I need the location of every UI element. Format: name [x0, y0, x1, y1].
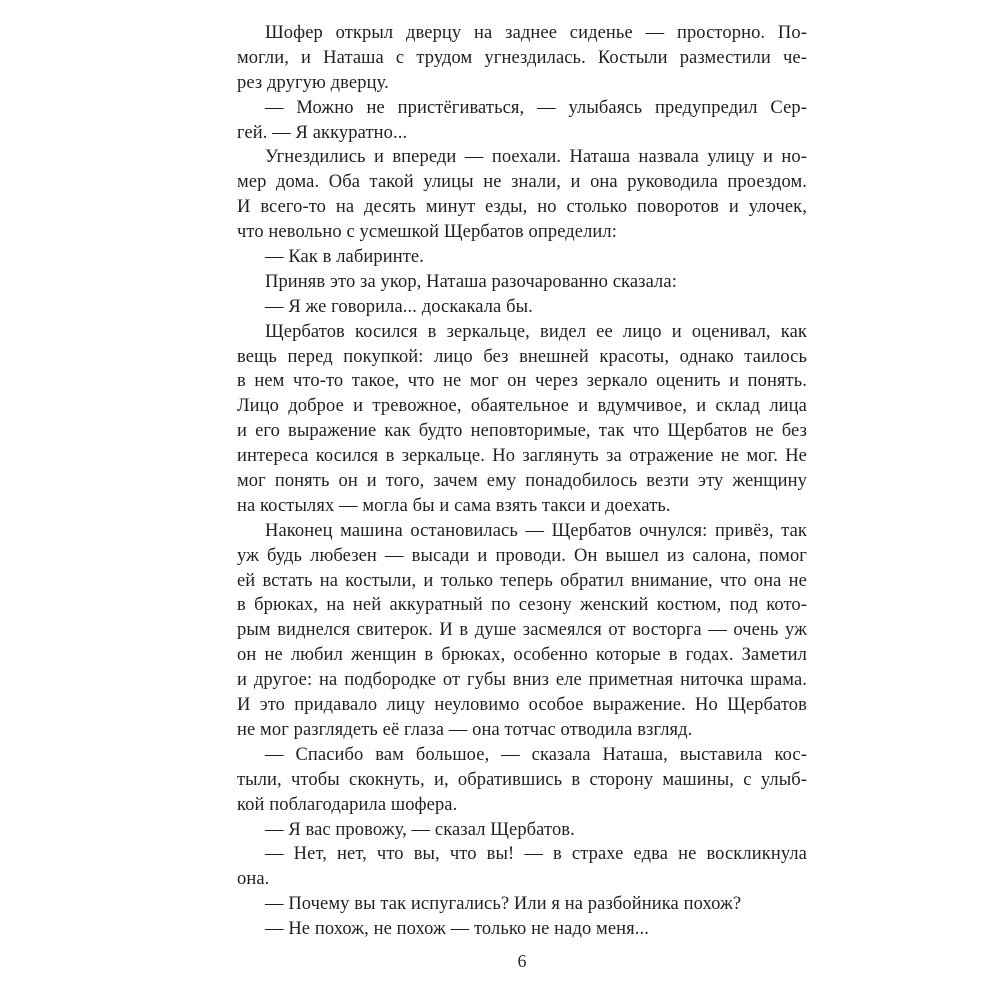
- text-line: — Спасибо вам большое, — сказала Наташа,…: [237, 743, 807, 768]
- text-line: что невольно с усмешкой Щербатов определ…: [237, 220, 807, 245]
- paragraph: Щербатов косился в зеркальце, видел ее л…: [237, 320, 807, 519]
- text-line: и его выражение как будто неповторимые, …: [237, 419, 807, 444]
- text-line: Приняв это за укор, Наташа разочарованно…: [237, 270, 807, 295]
- paragraph: Шофер открыл дверцу на заднее сиденье — …: [237, 21, 807, 96]
- text-line: на костылях — могла бы и сама взять такс…: [237, 494, 807, 519]
- text-line: гей. — Я аккуратно...: [237, 121, 807, 146]
- paragraph: — Как в лабиринте.: [237, 245, 807, 270]
- text-line: И это придавало лицу неуловимо особое вы…: [237, 693, 807, 718]
- text-line: — Я же говорила... доскакала бы.: [237, 295, 807, 320]
- text-line: — Я вас провожу, — сказал Щербатов.: [237, 818, 807, 843]
- paragraph: Приняв это за укор, Наташа разочарованно…: [237, 270, 807, 295]
- text-line: Лицо доброе и тревожное, обаятельное и в…: [237, 394, 807, 419]
- text-line: рым виднелся свитерок. И в душе засмеялс…: [237, 618, 807, 643]
- text-line: рез другую дверцу.: [237, 71, 807, 96]
- text-line: в брюках, на ней аккуратный по сезону же…: [237, 593, 807, 618]
- text-line: — Можно не пристёгиваться, — улыбаясь пр…: [237, 96, 807, 121]
- paragraph: Наконец машина остановилась — Щербатов о…: [237, 519, 807, 743]
- paragraph: — Нет, нет, что вы, что вы! — в страхе е…: [237, 842, 807, 892]
- paragraph: — Не похож, не похож — только не надо ме…: [237, 917, 807, 942]
- text-line: мер дома. Оба такой улицы не знали, и он…: [237, 170, 807, 195]
- text-line: тыли, чтобы скокнуть, и, обратившись в с…: [237, 768, 807, 793]
- paragraph: — Почему вы так испугались? Или я на раз…: [237, 892, 807, 917]
- text-line: — Как в лабиринте.: [237, 245, 807, 270]
- text-line: ей встать на костыли, и только теперь об…: [237, 569, 807, 594]
- text-line: в нем что-то такое, что не мог он через …: [237, 369, 807, 394]
- text-line: и другое: на подбородке от губы вниз еле…: [237, 668, 807, 693]
- text-line: И всего-то на десять минут езды, но стол…: [237, 195, 807, 220]
- text-line: уж будь любезен — высади и проводи. Он в…: [237, 544, 807, 569]
- paragraph: — Спасибо вам большое, — сказала Наташа,…: [237, 743, 807, 818]
- text-line: вещь перед покупкой: лицо без внешней кр…: [237, 345, 807, 370]
- text-line: — Почему вы так испугались? Или я на раз…: [237, 892, 807, 917]
- book-page: Шофер открыл дверцу на заднее сиденье — …: [0, 0, 1000, 1000]
- page-text: Шофер открыл дверцу на заднее сиденье — …: [237, 21, 807, 942]
- paragraph: — Можно не пристёгиваться, — улыбаясь пр…: [237, 96, 807, 146]
- paragraph: — Я же говорила... доскакала бы.: [237, 295, 807, 320]
- text-line: Шофер открыл дверцу на заднее сиденье — …: [237, 21, 807, 46]
- text-line: он не любил женщин в брюках, особенно ко…: [237, 643, 807, 668]
- text-line: интереса косился в зеркальце. Но загляну…: [237, 444, 807, 469]
- text-line: она.: [237, 867, 807, 892]
- text-line: — Нет, нет, что вы, что вы! — в страхе е…: [237, 842, 807, 867]
- text-line: могли, и Наташа с трудом угнездилась. Ко…: [237, 46, 807, 71]
- text-line: Щербатов косился в зеркальце, видел ее л…: [237, 320, 807, 345]
- paragraph: — Я вас провожу, — сказал Щербатов.: [237, 818, 807, 843]
- text-line: кой поблагодарила шофера.: [237, 793, 807, 818]
- text-line: мог понять он и того, зачем ему понадоби…: [237, 469, 807, 494]
- text-line: — Не похож, не похож — только не надо ме…: [237, 917, 807, 942]
- text-line: Наконец машина остановилась — Щербатов о…: [237, 519, 807, 544]
- text-line: Угнездились и впереди — поехали. Наташа …: [237, 145, 807, 170]
- text-line: не мог разглядеть её глаза — она тотчас …: [237, 718, 807, 743]
- paragraph: Угнездились и впереди — поехали. Наташа …: [237, 145, 807, 245]
- page-number: 6: [237, 951, 807, 972]
